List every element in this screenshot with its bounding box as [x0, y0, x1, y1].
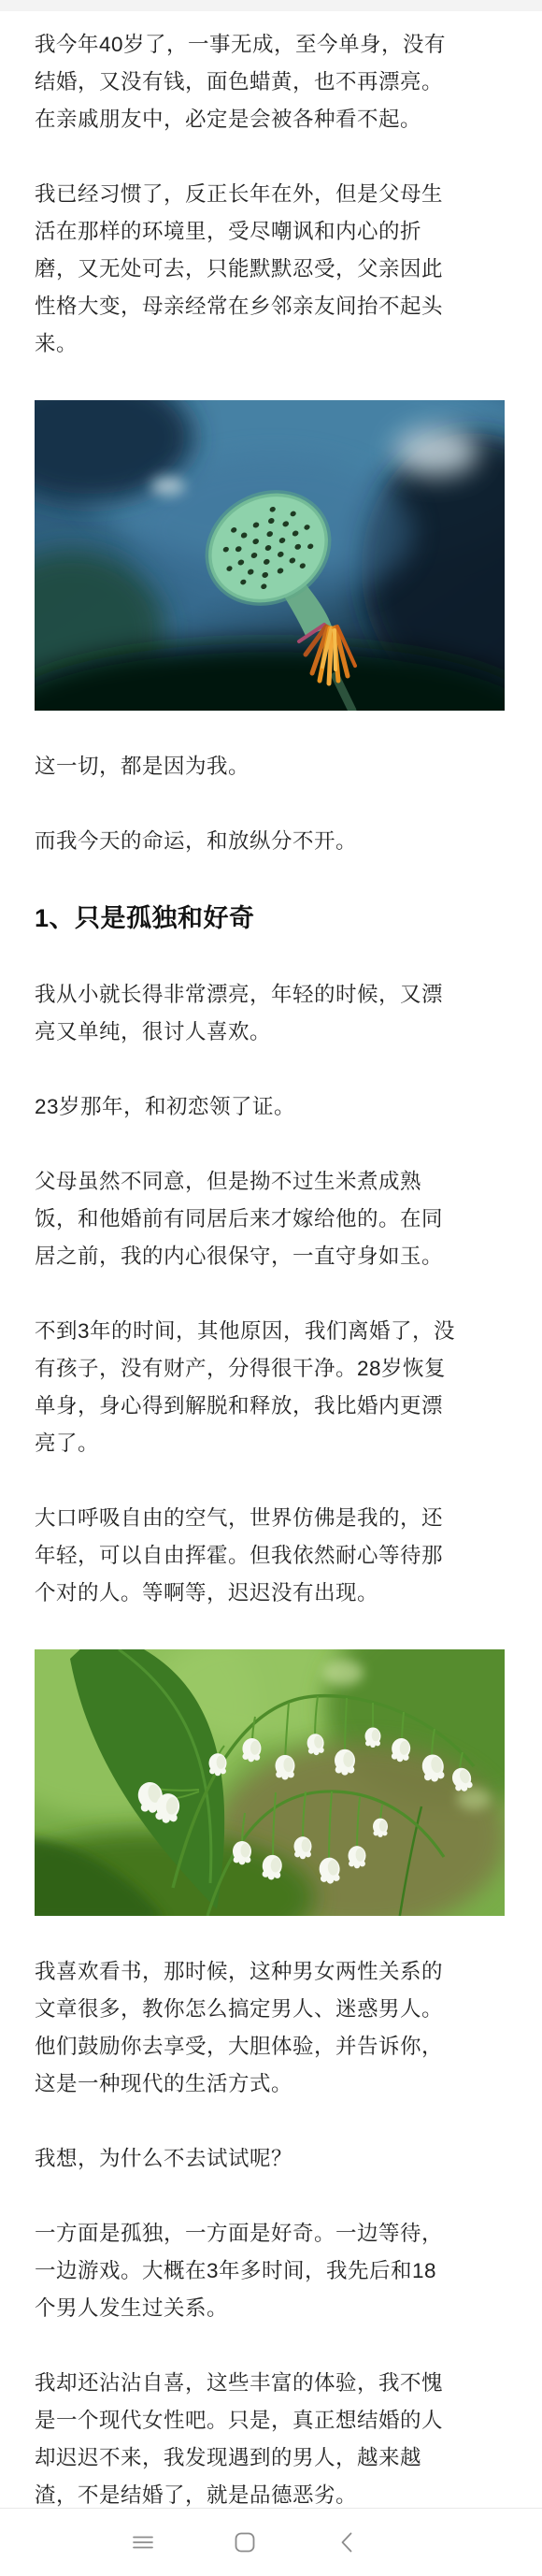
paragraph: 不到3年的时间，其他原因，我们离婚了，没有孩子，没有财产，分得很干净。28岁恢复…	[35, 1313, 457, 1462]
paragraph: 父母虽然不同意，但是拗不过生米煮成熟饭，和他婚前有同居后来才嫁给他的。在同居之前…	[35, 1163, 457, 1275]
paragraph: 而我今天的命运，和放纵分不开。	[35, 823, 457, 860]
recent-apps-menu-icon	[132, 2531, 154, 2554]
system-navigation-bar	[0, 2508, 542, 2576]
paragraph: 我今年40岁了，一事无成，至今单身，没有结婚，又没有钱，面色蜡黄，也不再漂亮。在…	[35, 26, 457, 138]
paragraph: 我已经习惯了，反正长年在外，但是父母生活在那样的环境里，受尽嘲讽和内心的折磨，又…	[35, 176, 457, 363]
back-button[interactable]	[333, 2527, 363, 2557]
paragraph: 23岁那年，和初恋领了证。	[35, 1088, 457, 1126]
lily-of-the-valley-photo[interactable]	[35, 1649, 505, 1916]
section-heading: 1、只是孤独和好奇	[35, 898, 457, 939]
home-button[interactable]	[230, 2527, 260, 2557]
back-chevron-icon	[336, 2531, 359, 2554]
paragraph: 这一切，都是因为我。	[35, 748, 457, 785]
paragraph: 我却还沾沾自喜，这些丰富的体验，我不愧是一个现代女性吧。只是，真正想结婚的人却迟…	[35, 2365, 457, 2514]
lotus-seed-pod-photo[interactable]	[35, 400, 505, 711]
paragraph: 我喜欢看书，那时候，这种男女两性关系的文章很多，教你怎么搞定男人、迷惑男人。他们…	[35, 1953, 457, 2103]
home-square-icon	[234, 2531, 256, 2554]
lily-photo-canvas	[35, 1649, 505, 1916]
paragraph: 我想，为什么不去试试呢？	[35, 2140, 457, 2178]
lotus-photo-canvas	[35, 400, 505, 711]
top-band	[0, 0, 542, 11]
recent-apps-button[interactable]	[128, 2527, 158, 2557]
paragraph: 大口呼吸自由的空气，世界仿佛是我的，还年轻，可以自由挥霍。但我依然耐心等待那个对…	[35, 1500, 457, 1612]
article-reader-screen: 我今年40岁了，一事无成，至今单身，没有结婚，又没有钱，面色蜡黄，也不再漂亮。在…	[0, 0, 542, 2576]
article-body: 我今年40岁了，一事无成，至今单身，没有结婚，又没有钱，面色蜡黄，也不再漂亮。在…	[0, 11, 542, 2514]
paragraph: 我从小就长得非常漂亮，年轻的时候，又漂亮又单纯，很讨人喜欢。	[35, 976, 457, 1051]
paragraph: 一方面是孤独，一方面是好奇。一边等待，一边游戏。大概在3年多时间，我先后和18个…	[35, 2215, 457, 2327]
